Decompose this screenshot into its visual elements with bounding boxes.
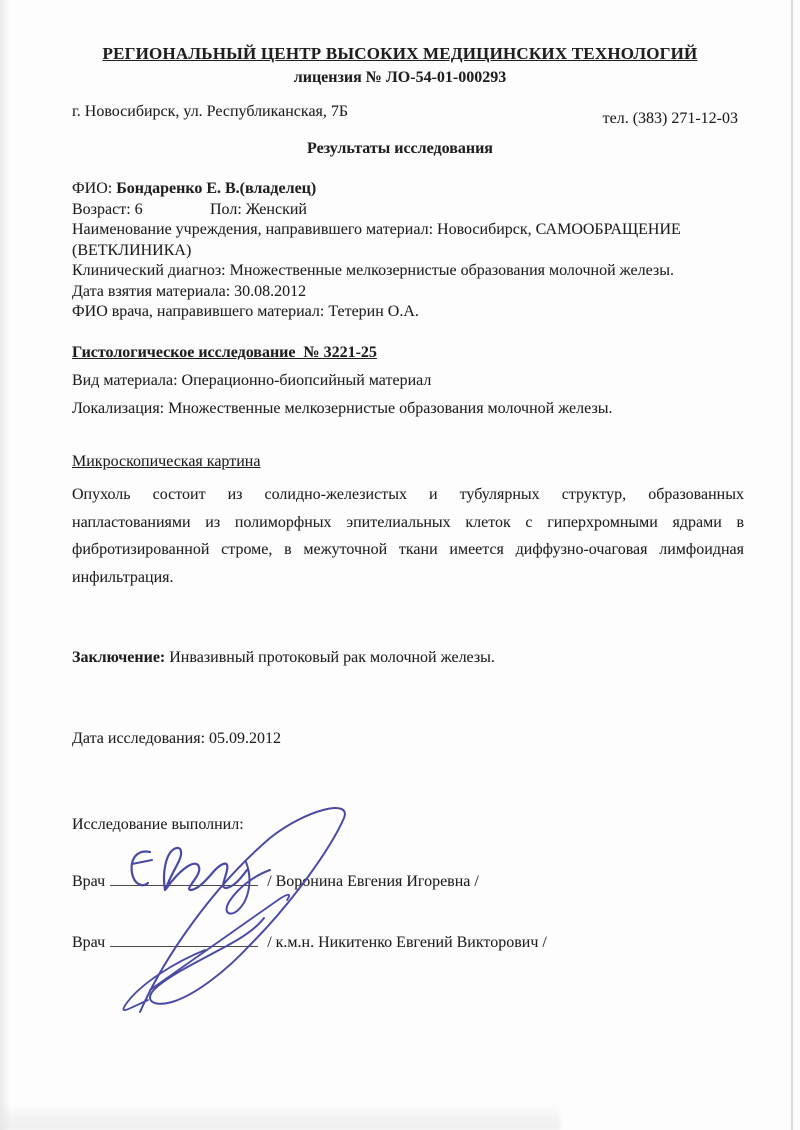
doctor-label: Врач (72, 934, 105, 951)
age-value: Возраст: 6 (72, 200, 210, 221)
conclusion-value: Инвазивный протоковый рак молочной желез… (165, 649, 495, 666)
microscopy-line: напластованиями из полиморфных эпителиал… (72, 509, 744, 537)
fio-value: Бондаренко Е. В.(владелец) (116, 180, 316, 197)
doctor-name: / к.м.н. Никитенко Евгений Викторович / (267, 934, 547, 951)
conclusion-label: Заключение: (72, 649, 165, 666)
conclusion-line: Заключение: Инвазивный протоковый рак мо… (72, 649, 495, 667)
document-title: Результаты исследования (0, 140, 800, 158)
scan-smudge-bottom (0, 1104, 560, 1130)
sex-value: Пол: Женский (210, 201, 307, 218)
doctor-label: Врач (72, 873, 105, 890)
organization-phone: тел. (383) 271-12-03 (603, 110, 738, 128)
handwritten-signatures (90, 800, 390, 1030)
patient-age-sex-line: Возраст: 6Пол: Женский (72, 200, 742, 221)
organization-title: РЕГИОНАЛЬНЫЙ ЦЕНТР ВЫСОКИХ МЕДИЦИНСКИХ Т… (0, 44, 800, 64)
signature-blank-line (110, 930, 258, 947)
scan-edge-right (791, 0, 793, 1130)
scan-edge-left (0, 0, 10, 1130)
scanned-document-page: РЕГИОНАЛЬНЫЙ ЦЕНТР ВЫСОКИХ МЕДИЦИНСКИХ Т… (0, 0, 800, 1130)
signature-blank-line (110, 869, 258, 886)
microscopy-line: фибротизированной строме, в межуточной т… (72, 536, 744, 564)
microscopy-paragraph: Опухоль состоит из солидно-железистых и … (72, 481, 744, 591)
histology-section-title: Гистологическое исследование № 3221-25 (72, 344, 377, 362)
doctor-name: / Воронина Евгения Игоревна / (267, 873, 479, 890)
material-type-line: Вид материала: Операционно-биопсийный ма… (72, 372, 431, 390)
performed-by-label: Исследование выполнил: (72, 816, 244, 834)
material-date-line: Дата взятия материала: 30.08.2012 (72, 282, 742, 303)
microscopy-line: Опухоль состоит из солидно-железистых и … (72, 481, 744, 509)
study-date-line: Дата исследования: 05.09.2012 (72, 730, 281, 748)
fio-label: ФИО: (72, 180, 116, 197)
localization-line: Локализация: Множественные мелкозернисты… (72, 400, 613, 418)
signature-ink-strokes (123, 808, 344, 1012)
patient-fio-line: ФИО: Бондаренко Е. В.(владелец) (72, 179, 742, 200)
doctor-signature-row: Врач/ к.м.н. Никитенко Евгений Викторови… (72, 930, 547, 952)
institution-line: Наименование учреждения, направившего ма… (72, 220, 742, 261)
microscopy-section-title: Микроскопическая картина (72, 453, 260, 471)
doctor-signature-row: Врач/ Воронина Евгения Игоревна / (72, 869, 479, 891)
organization-address: г. Новосибирск, ул. Республиканская, 7Б (72, 103, 348, 121)
clinical-diagnosis-line: Клинический диагноз: Множественные мелко… (72, 261, 742, 282)
license-number: лицензия № ЛО-54-01-000293 (0, 69, 800, 87)
microscopy-line: инфильтрация. (72, 564, 744, 592)
patient-info-block: ФИО: Бондаренко Е. В.(владелец) Возраст:… (72, 179, 742, 323)
referring-doctor-line: ФИО врача, направившего материал: Тетери… (72, 302, 742, 323)
